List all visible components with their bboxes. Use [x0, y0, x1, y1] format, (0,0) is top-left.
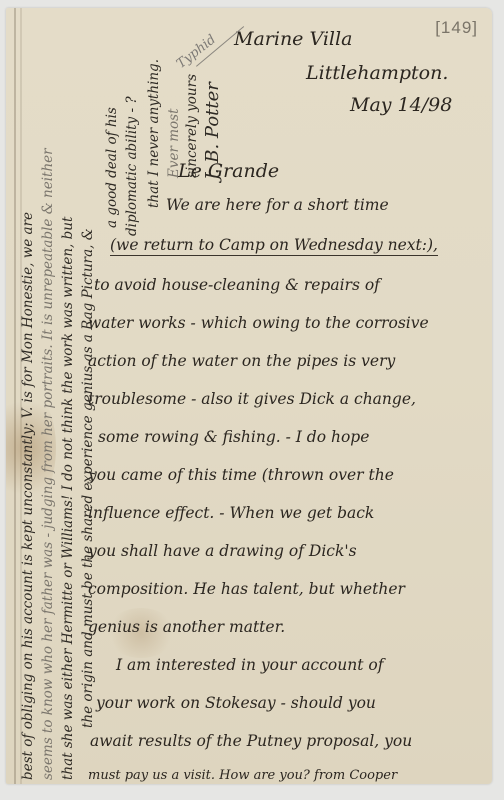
- margin-vertical-line: Ever most: [166, 109, 182, 179]
- body-line: water works - which owing to the corrosi…: [88, 314, 429, 332]
- body-line: must pay us a visit. How are you? from C…: [88, 768, 397, 783]
- signature: J. B. Potter: [202, 82, 223, 180]
- body-line: some rowing & fishing. - I do hope: [98, 428, 369, 446]
- margin-vertical-line: the origin and must be the shared experi…: [80, 228, 96, 728]
- body-line: influence effect. - When we get back: [88, 504, 374, 522]
- body-line: I am interested in your account of: [116, 656, 383, 674]
- body-line: (we return to Camp on Wednesday next:),: [110, 236, 438, 256]
- folio-number: [149]: [435, 18, 478, 38]
- margin-vertical-line: best of obliging on his account is kept …: [20, 212, 36, 780]
- body-line: you shall have a drawing of Dick's: [88, 542, 357, 560]
- letter-date: May 14/98: [350, 94, 452, 116]
- body-line: your work on Stokesay - should you: [96, 694, 376, 712]
- body-line: action of the water on the pipes is very: [88, 352, 395, 370]
- address-line-1: Marine Villa: [234, 28, 352, 50]
- letter-page: [149] Marine Villa Littlehampton. May 14…: [6, 8, 492, 784]
- margin-vertical-line: that she was either Hermitte or Williams…: [60, 217, 76, 780]
- body-line: We are here for a short time: [166, 196, 389, 214]
- address-line-2: Littlehampton.: [306, 62, 448, 84]
- margin-vertical-line: that I never anything.: [146, 59, 162, 208]
- margin-vertical-line: seems to know who her father was - judgi…: [40, 148, 56, 780]
- body-line: to avoid house-cleaning & repairs of: [94, 276, 380, 294]
- body-line: composition. He has talent, but whether: [88, 580, 405, 598]
- body-line: await results of the Putney proposal, yo…: [90, 732, 412, 750]
- margin-vertical-line: sincerely yours: [184, 74, 200, 178]
- body-line: troublesome - also it gives Dick a chang…: [88, 390, 416, 408]
- body-line: genius is another matter.: [88, 618, 285, 636]
- margin-vertical-line: diplomatic ability - ?: [124, 96, 140, 236]
- margin-vertical-line: a good deal of his: [104, 107, 120, 228]
- body-line: you came of this time (thrown over the: [88, 466, 394, 484]
